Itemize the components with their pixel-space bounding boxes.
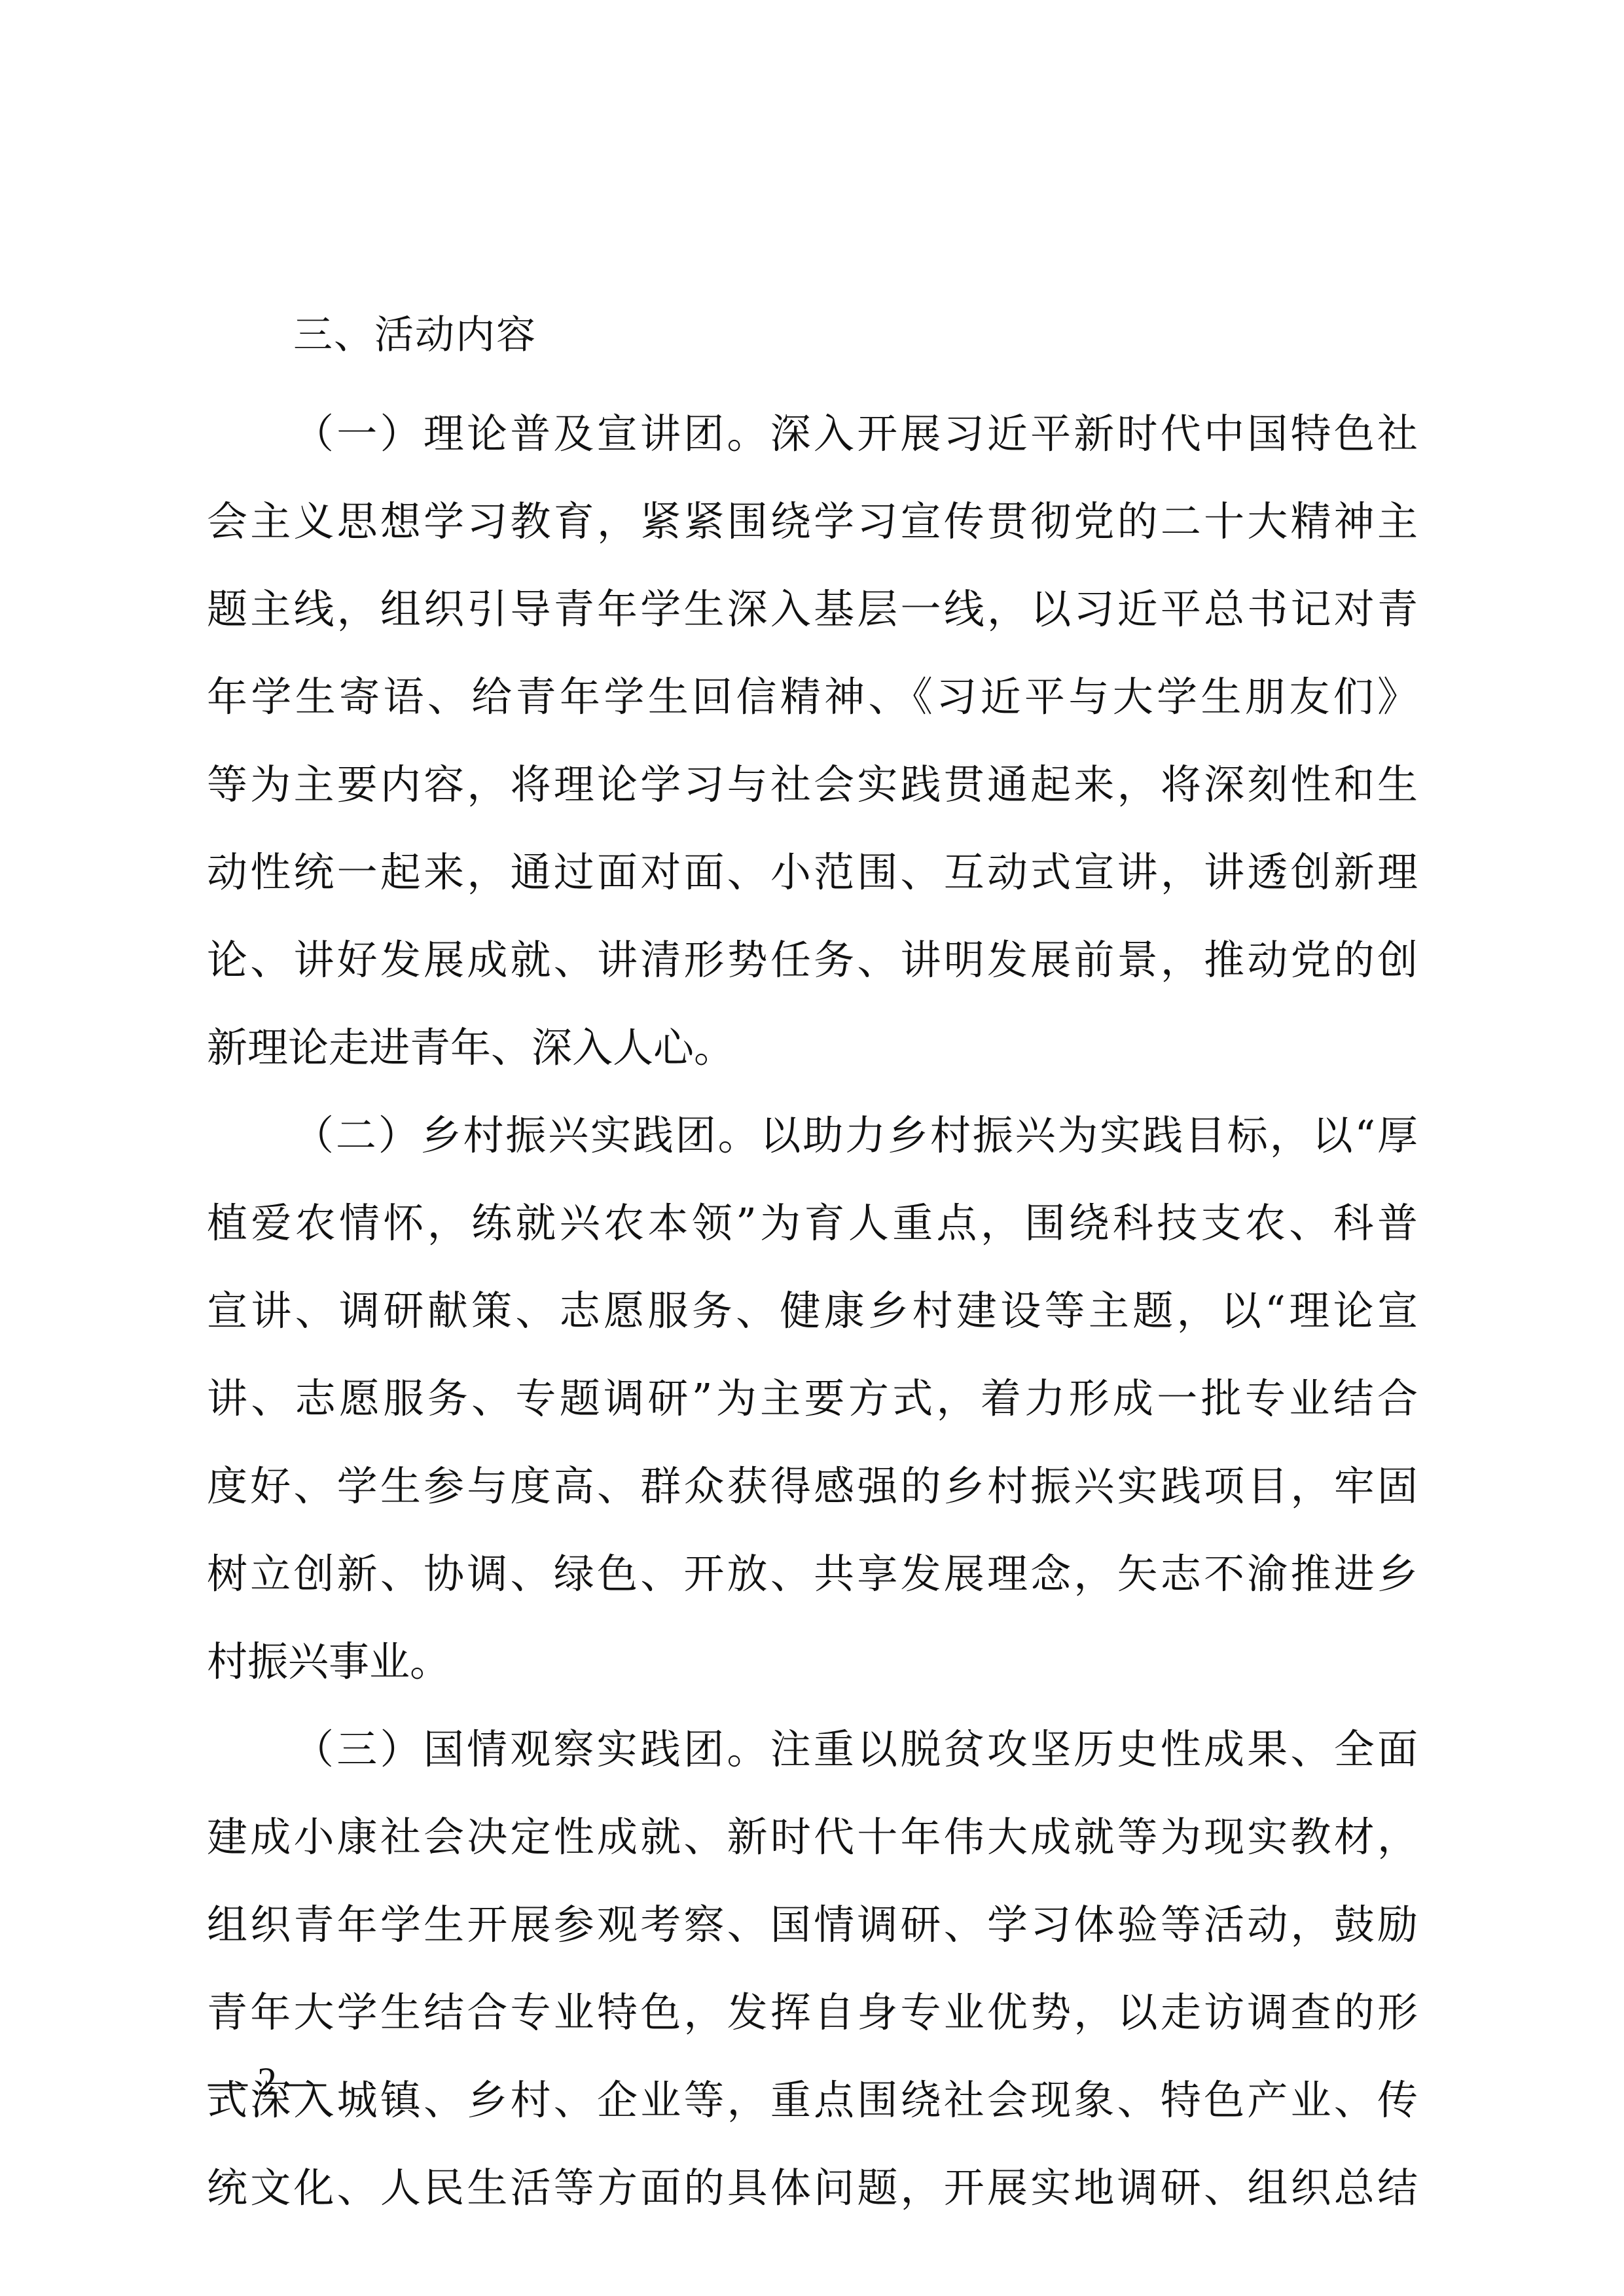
paragraph-line: （二）乡村振兴实践团。以助力乡村振兴为实践目标，以“厚 [207, 1092, 1418, 1179]
paragraph-line: 建成小康社会决定性成就、新时代十年伟大成就等为现实教材， [207, 1793, 1418, 1881]
paragraph-national-conditions-group: （三）国情观察实践团。注重以脱贫攻坚历史性成果、全面 建成小康社会决定性成就、新… [207, 1706, 1418, 2232]
paragraph-line: 村振兴事业。 [207, 1618, 1418, 1706]
paragraph-line: 统文化、人民生活等方面的具体问题，开展实地调研、组织总结 [207, 2144, 1418, 2232]
section-heading: 三、活动内容 [207, 302, 1418, 368]
page-number: — 2 — [208, 2055, 326, 2108]
paragraph-line: 题主线，组织引导青年学生深入基层一线，以习近平总书记对青 [207, 565, 1418, 653]
paragraph-line: （一）理论普及宣讲团。深入开展习近平新时代中国特色社 [207, 390, 1418, 478]
paragraph-theory-lecture-group: （一）理论普及宣讲团。深入开展习近平新时代中国特色社 会主义思想学习教育，紧紧围… [207, 390, 1418, 1092]
paragraph-line: 宣讲、调研献策、志愿服务、健康乡村建设等主题，以“理论宣 [207, 1267, 1418, 1355]
paragraph-line: 组织青年学生开展参观考察、国情调研、学习体验等活动，鼓励 [207, 1881, 1418, 1969]
paragraph-line: 式深入城镇、乡村、企业等，重点围绕社会现象、特色产业、传 [207, 2056, 1418, 2144]
paragraph-line: 植爱农情怀，练就兴农本领”为育人重点，围绕科技支农、科普 [207, 1179, 1418, 1267]
paragraph-line: 树立创新、协调、绿色、开放、共享发展理念，矢志不渝推进乡 [207, 1530, 1418, 1618]
paragraph-line: 动性统一起来，通过面对面、小范围、互动式宣讲，讲透创新理 [207, 829, 1418, 916]
document-page: 三、活动内容 （一）理论普及宣讲团。深入开展习近平新时代中国特色社 会主义思想学… [0, 0, 1624, 2296]
paragraph-line: 度好、学生参与度高、群众获得感强的乡村振兴实践项目，牢固 [207, 1443, 1418, 1530]
paragraph-line: （三）国情观察实践团。注重以脱贫攻坚历史性成果、全面 [207, 1706, 1418, 1793]
paragraph-line: 新理论走进青年、深入人心。 [207, 1004, 1418, 1092]
paragraph-line: 等为主要内容，将理论学习与社会实践贯通起来，将深刻性和生 [207, 741, 1418, 829]
paragraph-line: 讲、志愿服务、专题调研”为主要方式，着力形成一批专业结合 [207, 1355, 1418, 1443]
paragraph-line: 会主义思想学习教育，紧紧围绕学习宣传贯彻党的二十大精神主 [207, 478, 1418, 565]
paragraph-line: 青年大学生结合专业特色，发挥自身专业优势，以走访调查的形 [207, 1969, 1418, 2056]
paragraph-rural-revitalization-group: （二）乡村振兴实践团。以助力乡村振兴为实践目标，以“厚 植爱农情怀，练就兴农本领… [207, 1092, 1418, 1706]
paragraph-line: 年学生寄语、给青年学生回信精神、《习近平与大学生朋友们》 [207, 653, 1418, 741]
paragraph-line: 论、讲好发展成就、讲清形势任务、讲明发展前景，推动党的创 [207, 916, 1418, 1004]
page-body: 三、活动内容 （一）理论普及宣讲团。深入开展习近平新时代中国特色社 会主义思想学… [207, 302, 1418, 2232]
